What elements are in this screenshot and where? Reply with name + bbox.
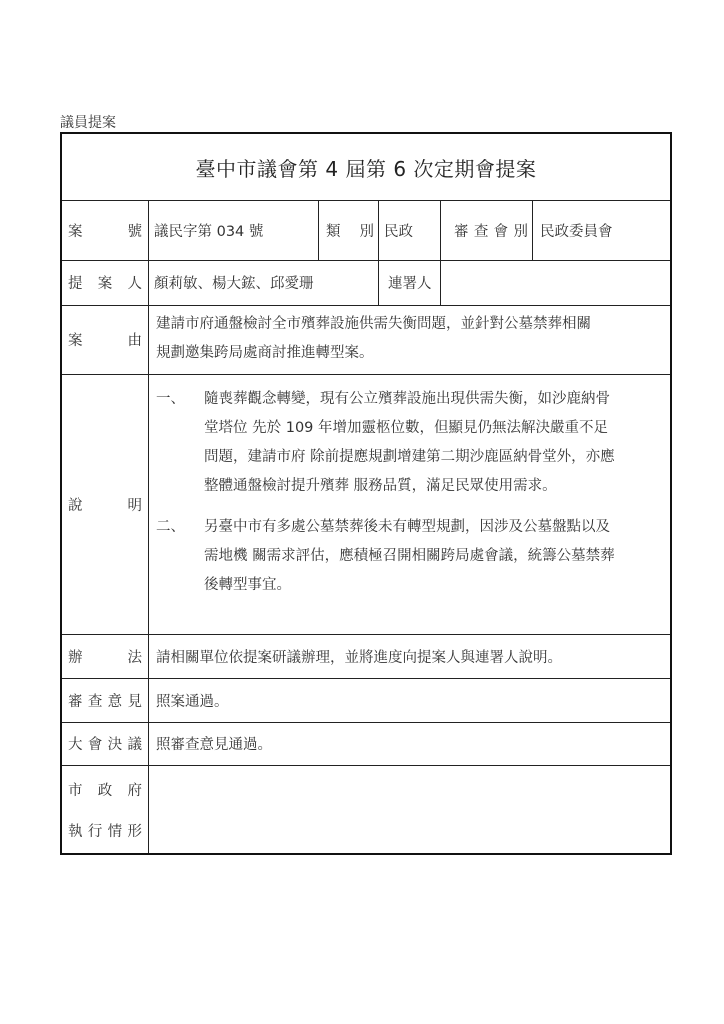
label-char: 府 <box>128 779 143 800</box>
label-line: 執 行 情 形 <box>68 820 142 841</box>
label-char: 見 <box>127 690 142 711</box>
method-value: 請相關單位依提案研議辦理，並將進度向提案人與連署人說明。 <box>156 634 672 678</box>
label-char: 情 <box>108 820 123 841</box>
text-line: 規劃邀集跨局處商討推進轉型案。 <box>156 339 672 368</box>
divider <box>62 305 670 306</box>
label-char: 別 <box>360 220 375 241</box>
label-char: 審 <box>454 220 469 241</box>
label-line: 市 政 府 <box>68 779 142 800</box>
item-number: 二、 <box>156 513 185 542</box>
label-char: 案 <box>68 329 83 350</box>
category-label: 類 別 <box>320 200 378 260</box>
text-line: 後轉型事宜。 <box>204 571 672 600</box>
text-line: 隨喪葬觀念轉變，現有公立殯葬設施出現供需失衡，如沙鹿納骨 <box>204 385 672 414</box>
text-line: 需地機 關需求評估，應積極召開相關跨局處會議，統籌公墓禁葬 <box>204 542 672 571</box>
document-type-label: 議員提案 <box>60 112 116 132</box>
label-char: 行 <box>88 820 103 841</box>
committee-value: 民政委員會 <box>540 200 670 260</box>
label-char: 人 <box>128 272 143 293</box>
label-char: 案 <box>98 272 113 293</box>
divider <box>440 200 441 305</box>
divider <box>318 200 319 260</box>
label-char: 由 <box>128 329 143 350</box>
review-opinion-label: 審 查 意 見 <box>62 678 148 722</box>
label-char: 大 <box>68 733 83 754</box>
cosigner-label: 連署人 <box>388 260 440 305</box>
method-label: 辦 法 <box>62 634 148 678</box>
explanation-label: 說 明 <box>62 374 148 634</box>
label-char: 號 <box>128 220 143 241</box>
government-execution-value <box>156 765 672 855</box>
explanation-item-2: 二、 另臺中市有多處公墓禁葬後未有轉型規劃，因涉及公墓盤點以及 需地機 關需求評… <box>156 513 672 600</box>
category-value: 民政 <box>384 200 440 260</box>
label-char: 形 <box>127 820 142 841</box>
proposal-form-table: 臺中市議會第 4 屆第 6 次定期會提案 案 號 議民字第 034 號 類 別 … <box>60 132 672 855</box>
label-char: 辦 <box>68 646 83 667</box>
case-number-value: 議民字第 034 號 <box>154 200 318 260</box>
text-line: 整體通盤檢討提升殯葬 服務品質，滿足民眾使用需求。 <box>204 472 672 501</box>
label-char: 案 <box>68 220 83 241</box>
label-char: 市 <box>68 779 83 800</box>
label-char: 查 <box>474 220 489 241</box>
form-title: 臺中市議會第 4 屆第 6 次定期會提案 <box>62 134 670 200</box>
explanation-item-1: 一、 隨喪葬觀念轉變，現有公立殯葬設施出現供需失衡，如沙鹿納骨 堂塔位 先於 1… <box>156 385 672 501</box>
label-char: 審 <box>68 690 83 711</box>
label-char: 查 <box>88 690 103 711</box>
label-char: 會 <box>494 220 509 241</box>
explanation-text: 一、 隨喪葬觀念轉變，現有公立殯葬設施出現供需失衡，如沙鹿納骨 堂塔位 先於 1… <box>156 385 672 600</box>
divider <box>148 200 149 853</box>
case-number-label: 案 號 <box>62 200 148 260</box>
divider <box>62 374 670 375</box>
text-line: 問題，建請市府 除前提應規劃增建第二期沙鹿區納骨堂外，亦應 <box>204 443 672 472</box>
label-char: 說 <box>68 494 83 515</box>
label-char: 決 <box>108 733 123 754</box>
label-char: 執 <box>68 820 83 841</box>
committee-label: 審 查 會 別 <box>442 200 532 260</box>
item-number: 一、 <box>156 385 185 414</box>
assembly-resolution-value: 照審查意見通過。 <box>156 722 672 765</box>
assembly-resolution-label: 大 會 決 議 <box>62 722 148 765</box>
label-char: 類 <box>326 220 341 241</box>
label-char: 法 <box>128 646 143 667</box>
text-line: 堂塔位 先於 109 年增加靈柩位數，但顯見仍無法解決嚴重不足 <box>204 414 672 443</box>
proposer-value: 顏莉敏、楊大鋐、邱愛珊 <box>154 260 378 305</box>
reason-label: 案 由 <box>62 305 148 374</box>
text-line: 另臺中市有多處公墓禁葬後未有轉型規劃，因涉及公墓盤點以及 <box>204 513 672 542</box>
divider <box>532 200 533 260</box>
reason-text: 建請市府通盤檢討全市殯葬設施供需失衡問題，並針對公墓禁葬相關 規劃邀集跨局處商討… <box>156 310 672 368</box>
label-char: 議 <box>127 733 142 754</box>
label-char: 政 <box>98 779 113 800</box>
proposer-label: 提 案 人 <box>62 260 148 305</box>
cosigner-value <box>446 260 670 305</box>
label-char: 提 <box>68 272 83 293</box>
label-char: 會 <box>88 733 103 754</box>
label-char: 意 <box>108 690 123 711</box>
review-opinion-value: 照案通過。 <box>156 678 672 722</box>
divider <box>378 200 379 305</box>
label-char: 明 <box>128 494 143 515</box>
government-execution-label: 市 政 府 執 行 情 形 <box>62 765 148 855</box>
label-char: 別 <box>513 220 528 241</box>
text-line: 建請市府通盤檢討全市殯葬設施供需失衡問題，並針對公墓禁葬相關 <box>156 310 672 339</box>
